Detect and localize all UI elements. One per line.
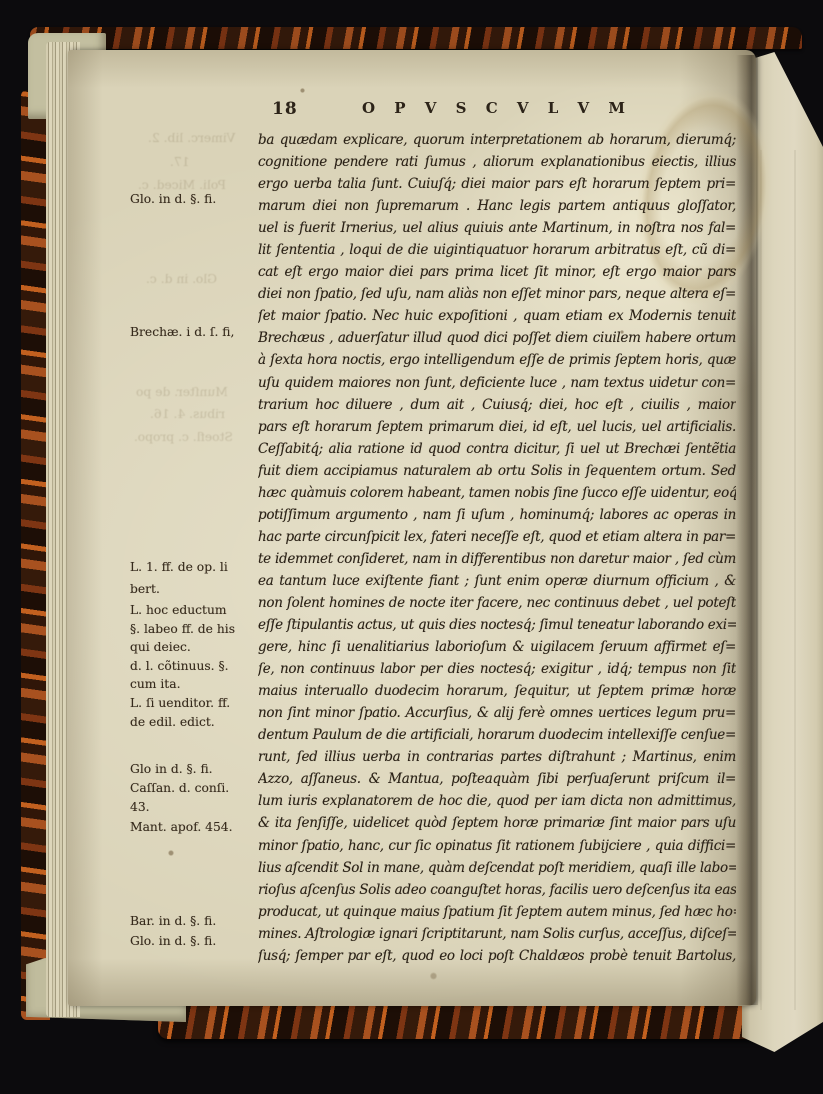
body-line: dentum Paulum de die artificiali, horaru…	[258, 724, 736, 746]
margin-note-line: Caſſan. d. conſi.	[130, 779, 256, 798]
body-line: trarium hoc diluere , dum ait , Cuiusq́;…	[258, 394, 736, 416]
body-line: pars eſt horarum ſeptem primarum diei, i…	[258, 416, 736, 438]
running-title: O P V S C V L V M	[258, 99, 736, 117]
bleedthrough-text: 17.	[170, 155, 190, 169]
body-line: non ſolent homines de nocte iter facere,…	[258, 592, 736, 614]
body-line: ſe, non continuus labor per dies noctesq…	[258, 658, 736, 680]
margin-note: Brechæ. i d. ſ. fi,	[130, 321, 256, 343]
body-text: ba quædam explicare, quorum interpretati…	[258, 129, 736, 967]
paper-speck	[300, 88, 305, 93]
bleedthrough-text: ribus. 4. 16.	[150, 407, 225, 421]
body-line: lit ſententia , loqui de die uigintiquat…	[258, 239, 736, 261]
body-line: potiſſimum argumento , nam ſi uſum , hom…	[258, 504, 736, 526]
body-line: runt, ſed illius uerba in contrarias par…	[258, 746, 736, 768]
body-line: ſusq́; ſemper par eſt, quod eo loci poſt…	[258, 945, 736, 967]
body-line: fuit diem accipiamus naturalem ab ortu S…	[258, 460, 736, 482]
body-line: producat, ut quinque maius ſpatium ſit ſ…	[258, 901, 736, 923]
ink-smudge	[430, 972, 437, 980]
margin-note-line: Brechæ. i d. ſ. fi,	[130, 321, 256, 343]
margin-note: Bar. in d. §. fi. Glo. in d. §. fi.	[130, 911, 256, 951]
body-line: uel is fuerit Irnerius, uel alius quiuis…	[258, 217, 736, 239]
margin-note: Glo in d. §. fi. Caſſan. d. conſi. 43. M…	[130, 760, 256, 837]
margin-note-line: Glo. in d. §. fi.	[130, 931, 256, 951]
margin-note-line: d. l. cõtinuus. §.	[130, 657, 256, 676]
page-header: 18 O P V S C V L V M	[258, 99, 736, 123]
margin-note-line: §. labeo ff. de his	[130, 620, 256, 639]
book-cover-top-edge	[30, 27, 802, 49]
margin-note-line: L. ſi uenditor. ff.	[130, 694, 256, 713]
margin-note: Glo. in d. §. fi.	[130, 188, 256, 210]
body-line: mines. Aſtrologiæ ignari ſcriptitarunt, …	[258, 923, 736, 945]
body-line: ſet maior ſpatio. Nec huic expoſitioni ,…	[258, 305, 736, 327]
body-line: non ſint minor ſpatio. Accurſius, & alij…	[258, 702, 736, 724]
margin-note-line: L. 1. ff. de op. li	[130, 556, 256, 578]
bleedthrough-text: Vimerc. lib. 2.	[148, 131, 235, 145]
body-line: Azzo, aſſaneus. & Mantua, poſteaquàm ſib…	[258, 768, 736, 790]
margin-note-line: 43.	[130, 798, 256, 817]
book-cover-bottom-edge	[158, 1002, 792, 1039]
body-line: eſſe ſtipulantis actus, ut quis dies noc…	[258, 614, 736, 636]
body-line: ergo uerba talia ſunt. Cuiuſq́; diei mai…	[258, 173, 736, 195]
body-line: rioſus aſcenſus Solis adeo coanguſtet ho…	[258, 879, 736, 901]
margin-note-line: Bar. in d. §. fi.	[130, 911, 256, 931]
paper-speck	[168, 850, 174, 856]
margin-note-line: Glo. in d. §. fi.	[130, 188, 256, 210]
margin-note-line: L. hoc eductum	[130, 601, 256, 620]
body-line: diei non ſpatio, ſed uſu, nam aliàs non …	[258, 283, 736, 305]
body-line: minor ſpatio, hanc, cur ſic opinatus ſit…	[258, 835, 736, 857]
body-line: ea tantum luce exiſtente fiant ; ſunt en…	[258, 570, 736, 592]
bleedthrough-text: Munſter. de po	[136, 385, 228, 399]
margin-note-line: cum ita.	[130, 675, 256, 694]
margin-note-line: bert.	[130, 578, 256, 600]
body-line: & ita ſenſiſſe, uidelicet quòd ſeptem ho…	[258, 812, 736, 834]
bleedthrough-text: Glo. in d. c.	[146, 272, 217, 286]
margin-note-line: Glo in d. §. fi.	[130, 760, 256, 779]
body-line: Ceſſabitq́; alia ratione id quod contra …	[258, 438, 736, 460]
body-line: gere, hinc ſi uenalitiarius laborioſum &…	[258, 636, 736, 658]
book-photo: Vimerc. lib. 2. 17. Poli. Miced. c. Glo.…	[0, 0, 823, 1094]
body-line: marum diei non ſupremarum . Hanc legis p…	[258, 195, 736, 217]
margin-note-line: qui deiec.	[130, 638, 256, 657]
gutter-shadow	[736, 55, 758, 1005]
margin-note-line: de edil. edict.	[130, 713, 256, 732]
body-line: ba quædam explicare, quorum interpretati…	[258, 129, 736, 151]
body-line: uſu quidem maiores non ſunt, deficiente …	[258, 372, 736, 394]
body-line: hæc quàmuis colorem habeant, tamen nobis…	[258, 482, 736, 504]
bleedthrough-text: Stoefl. c. propo.	[134, 430, 233, 444]
body-line: Brechæus , aduerſatur illud quod dici po…	[258, 327, 736, 349]
margin-note: L. 1. ff. de op. li bert.	[130, 556, 256, 600]
body-line: lius aſcendit Sol in mane, quàm deſcenda…	[258, 857, 736, 879]
body-line: cognitione pendere rati ſumus , aliorum …	[258, 151, 736, 173]
body-line: lum iuris explanatorem de hoc die, quod …	[258, 790, 736, 812]
body-line: hac parte circunſpicit lex, fateri neceſ…	[258, 526, 736, 548]
body-line: maius interuallo duodecim horarum, ſequi…	[258, 680, 736, 702]
body-line: à ſexta hora noctis, ergo intelligendum …	[258, 349, 736, 371]
body-line: cat eſt ergo maior diei pars prima licet…	[258, 261, 736, 283]
body-line: te idemmet conſideret, nam in differenti…	[258, 548, 736, 570]
margin-note: L. hoc eductum §. labeo ff. de his qui d…	[130, 601, 256, 731]
margin-note-line: Mant. apof. 454.	[130, 818, 256, 837]
